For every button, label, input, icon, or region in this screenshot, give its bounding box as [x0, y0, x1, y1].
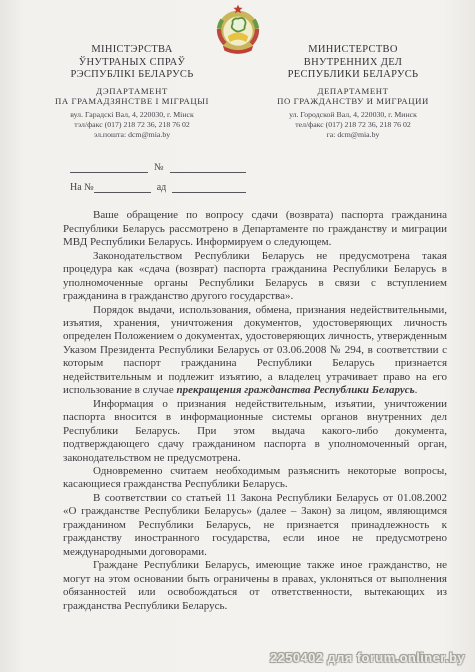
outgoing-number-row: № [70, 153, 475, 173]
paragraph-3-emphasis: прекращения гражданства Республики Белар… [177, 384, 415, 396]
ministry-ru-line1: МИНИСТЕРСТВО [259, 44, 447, 57]
address-by-street: вул. Гарадскі Вал, 4, 220030, г. Мінск [38, 110, 226, 120]
paragraph-3-tail: . [415, 384, 418, 396]
letter-body: Ваше обращение по вопросу сдачи (возврат… [63, 209, 447, 613]
paragraph-dual-citizenship: Граждане Республики Беларусь, имеющие та… [63, 559, 447, 613]
document-page: МІНІСТЭРСТВА ЎНУТРАНЫХ СПРАЎ РЭСПУБЛІКІ … [0, 0, 475, 672]
letterhead-russian: МИНИСТЕРСТВО ВНУТРЕННИХ ДЕЛ РЕСПУБЛИКИ Б… [259, 44, 447, 139]
number-blank-line [170, 161, 246, 173]
incoming-number-row: На № ад [70, 173, 475, 193]
ministry-by-line1: МІНІСТЭРСТВА [38, 44, 226, 57]
address-by: вул. Гарадскі Вал, 4, 220030, г. Мінск т… [38, 110, 226, 139]
ministry-ru-line3: РЕСПУБЛИКИ БЕЛАРУСЬ [259, 69, 447, 82]
ministry-by-line2: ЎНУТРАНЫХ СПРАЎ [38, 57, 226, 70]
ministry-name-ru: МИНИСТЕРСТВО ВНУТРЕННИХ ДЕЛ РЕСПУБЛИКИ Б… [259, 44, 447, 82]
address-ru-phone: тел/факс (017) 218 72 36, 218 76 02 [259, 120, 447, 130]
address-by-phone: тэл/факс (017) 218 72 36, 218 76 02 [38, 120, 226, 130]
paragraph-citizenship-law: В соответствии со статьей 11 Закона Респ… [63, 492, 447, 559]
paragraph-clarification-note: Одновременно считаем необходимым разъясн… [63, 465, 447, 492]
department-name-ru: ДЕПАРТАМЕНТ ПО ГРАЖДАНСТВУ И МИГРАЦИИ [259, 86, 447, 107]
ministry-ru-line2: ВНУТРЕННИХ ДЕЛ [259, 57, 447, 70]
forum-watermark: 2250402 для forum.onliner.by [270, 650, 465, 665]
incoming-number-blank-line [94, 181, 151, 193]
belarus-coat-of-arms-icon [212, 3, 264, 55]
paragraph-passport-regulation: Порядок выдачи, использования, обмена, п… [63, 304, 447, 398]
date-blank-line [70, 161, 148, 173]
incoming-date-blank-line [172, 181, 246, 193]
department-ru-line1: ДЕПАРТАМЕНТ [259, 86, 447, 97]
letterhead-belarusian: МІНІСТЭРСТВА ЎНУТРАНЫХ СПРАЎ РЭСПУБЛІКІ … [38, 44, 226, 139]
ministry-by-line3: РЭСПУБЛІКІ БЕЛАРУСЬ [38, 69, 226, 82]
department-name-by: ДЭПАРТАМЕНТ ПА ГРАМАДЗЯНСТВЕ І МІГРАЦЫІ [38, 86, 226, 107]
ministry-name-by: МІНІСТЭРСТВА ЎНУТРАНЫХ СПРАЎ РЭСПУБЛІКІ … [38, 44, 226, 82]
department-by-line1: ДЭПАРТАМЕНТ [38, 86, 226, 97]
department-ru-line2: ПО ГРАЖДАНСТВУ И МИГРАЦИИ [259, 96, 447, 107]
paragraph-no-procedure: Законодательством Республики Беларусь не… [63, 250, 447, 304]
paragraph-3-main: Порядок выдачи, использования, обмена, п… [63, 304, 447, 397]
address-ru: ул. Городской Вал, 4, 220030, г. Минск т… [259, 110, 447, 139]
paragraph-intro: Ваше обращение по вопросу сдачи (возврат… [63, 209, 447, 249]
from-date-label: ад [157, 182, 167, 193]
department-by-line2: ПА ГРАМАДЗЯНСТВЕ І МІГРАЦЫІ [38, 96, 226, 107]
address-ru-email: га: dcm@mia.by [259, 130, 447, 140]
paragraph-information-systems: Информация о признания недействительным,… [63, 398, 447, 465]
address-by-email: эл.пошта: dcm@mia.by [38, 130, 226, 140]
letterhead: МІНІСТЭРСТВА ЎНУТРАНЫХ СПРАЎ РЭСПУБЛІКІ … [0, 0, 475, 139]
number-sign-label: № [154, 162, 164, 173]
on-number-label: На № [70, 182, 94, 193]
address-ru-street: ул. Городской Вал, 4, 220030, г. Минск [259, 110, 447, 120]
reference-lines: № На № ад [70, 153, 475, 193]
